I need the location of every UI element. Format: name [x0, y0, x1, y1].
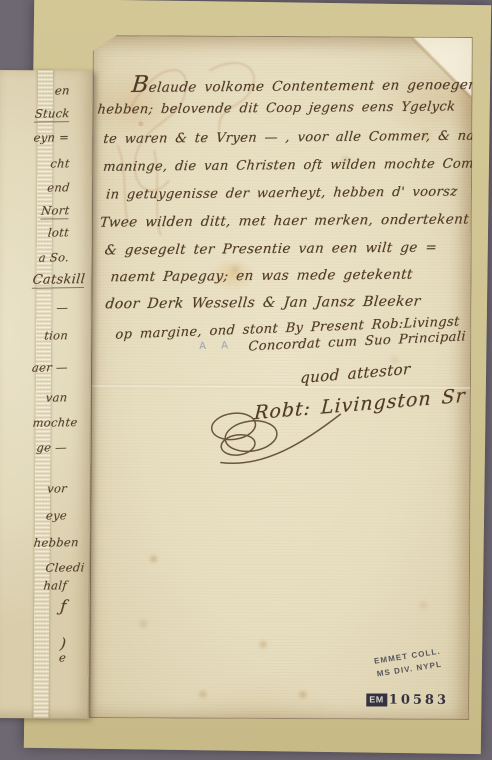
page-fragment: Cleedi: [45, 562, 85, 574]
page-fragment: lott: [47, 227, 69, 239]
manuscript-line: te waren & te Vryen — , voor alle Commer…: [103, 128, 492, 147]
manuscript-line: in getuygenisse der waerheyt, hebben d' …: [105, 184, 458, 203]
page-fragment: —: [56, 302, 69, 314]
page-fragment: tion: [44, 330, 69, 342]
manuscript-line: & gesegelt ter Presentie van een wilt ge…: [104, 239, 438, 258]
page-fragment: aer —: [32, 362, 69, 374]
manuscript-photo: Belaude volkome Contentement en genoegen…: [0, 0, 492, 760]
page-fragment: eye: [45, 510, 67, 522]
page-fragment: ): [59, 636, 67, 651]
page-fragment: ge —: [36, 442, 68, 454]
manuscript-line: Belaude volkome Contentement en genoegen…: [130, 69, 492, 100]
page-fragment: e: [58, 652, 66, 664]
signature-flourish: [204, 383, 344, 468]
page-fragment: end: [46, 182, 70, 194]
page-fragment: hebben: [33, 537, 79, 549]
page-fragment: mochte: [32, 417, 78, 429]
accession-label: EM 10583: [366, 693, 449, 706]
page-fragment: ƒ: [59, 598, 67, 614]
page-fragment: Nort: [40, 205, 70, 219]
facing-page-edge: en Stuck eyn = cht end Nort lott a So. C…: [0, 70, 93, 719]
page-fragment: van: [45, 392, 68, 404]
page-fragment: half: [42, 580, 67, 592]
manuscript-line: hebben; belovende dit Coop jegens eens Y…: [97, 99, 456, 118]
page-fragment: eyn =: [33, 132, 70, 144]
page-fragment: vor: [47, 483, 68, 495]
manuscript-line: naemt Papegay; en was mede getekentt: [110, 267, 414, 286]
manuscript-line: door Derk Wessells & Jan Jansz Bleeker: [105, 294, 422, 314]
manuscript-line: Twee wilden ditt, met haer merken, onder…: [99, 211, 470, 230]
page-fragment: Stuck: [34, 108, 70, 122]
page-fragment: en: [55, 85, 71, 97]
nypl-stamp: EMMET COLL. MS DIV. NYPL: [352, 642, 465, 684]
page-fragment: Catskill: [31, 273, 85, 289]
manuscript-line: maninge, die van Christen oft wilden moc…: [102, 156, 491, 175]
accession-number: 10583: [389, 694, 449, 707]
accession-prefix: EM: [366, 693, 387, 706]
page-fragment: a So.: [38, 252, 69, 264]
page-fragment: cht: [49, 158, 69, 170]
manuscript-page: Belaude volkome Contentement en genoegen…: [89, 35, 473, 720]
pencil-note: A A: [199, 341, 234, 352]
